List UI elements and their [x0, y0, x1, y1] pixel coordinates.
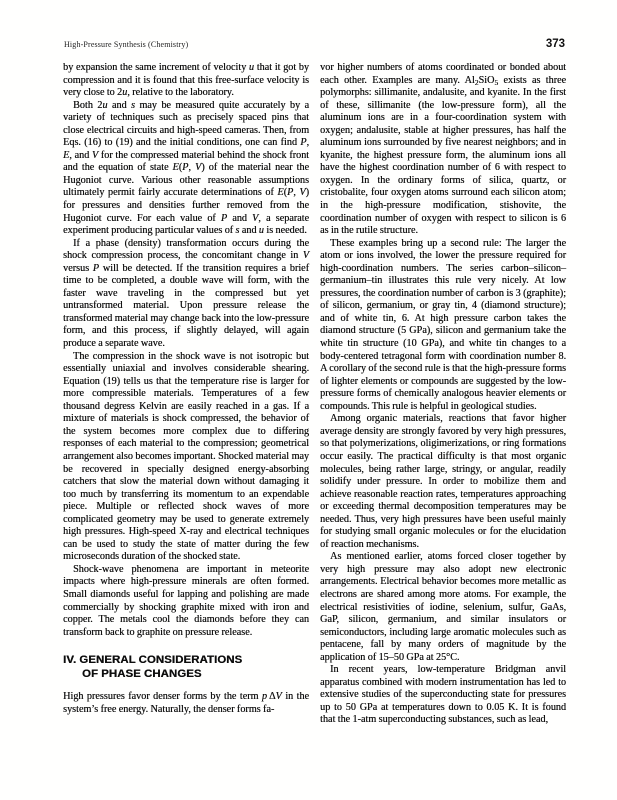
right-column: vor higher numbers of atoms coordinated …	[320, 62, 566, 727]
body-paragraph: The compression in the shock wave is not…	[63, 351, 309, 564]
body-paragraph: by expansion the same increment of veloc…	[63, 62, 309, 100]
two-column-text-area: by expansion the same increment of veloc…	[63, 62, 566, 727]
section-heading: IV. GENERAL CONSIDERATIONSOF PHASE CHANG…	[63, 654, 309, 681]
running-title: High-Pressure Synthesis (Chemistry)	[64, 40, 188, 49]
body-paragraph: Both 2u and s may be measured quite accu…	[63, 100, 309, 238]
body-paragraph: As mentioned earlier, atoms forced close…	[320, 551, 566, 664]
document-page: High-Pressure Synthesis (Chemistry) 373 …	[0, 0, 617, 800]
body-paragraph: High pressures favor denser forms by the…	[63, 691, 309, 716]
body-paragraph: If a phase (density) transformation occu…	[63, 238, 309, 351]
body-paragraph: In recent years, low-temperature Bridgma…	[320, 664, 566, 727]
body-paragraph: These examples bring up a second rule: T…	[320, 238, 566, 414]
page-header: High-Pressure Synthesis (Chemistry) 373	[64, 38, 565, 50]
body-paragraph: Among organic materials, reactions that …	[320, 413, 566, 551]
body-paragraph: vor higher numbers of atoms coordinated …	[320, 62, 566, 238]
left-column: by expansion the same increment of veloc…	[63, 62, 309, 727]
body-paragraph: Shock-wave phenomena are important in me…	[63, 564, 309, 639]
page-number: 373	[546, 38, 565, 50]
